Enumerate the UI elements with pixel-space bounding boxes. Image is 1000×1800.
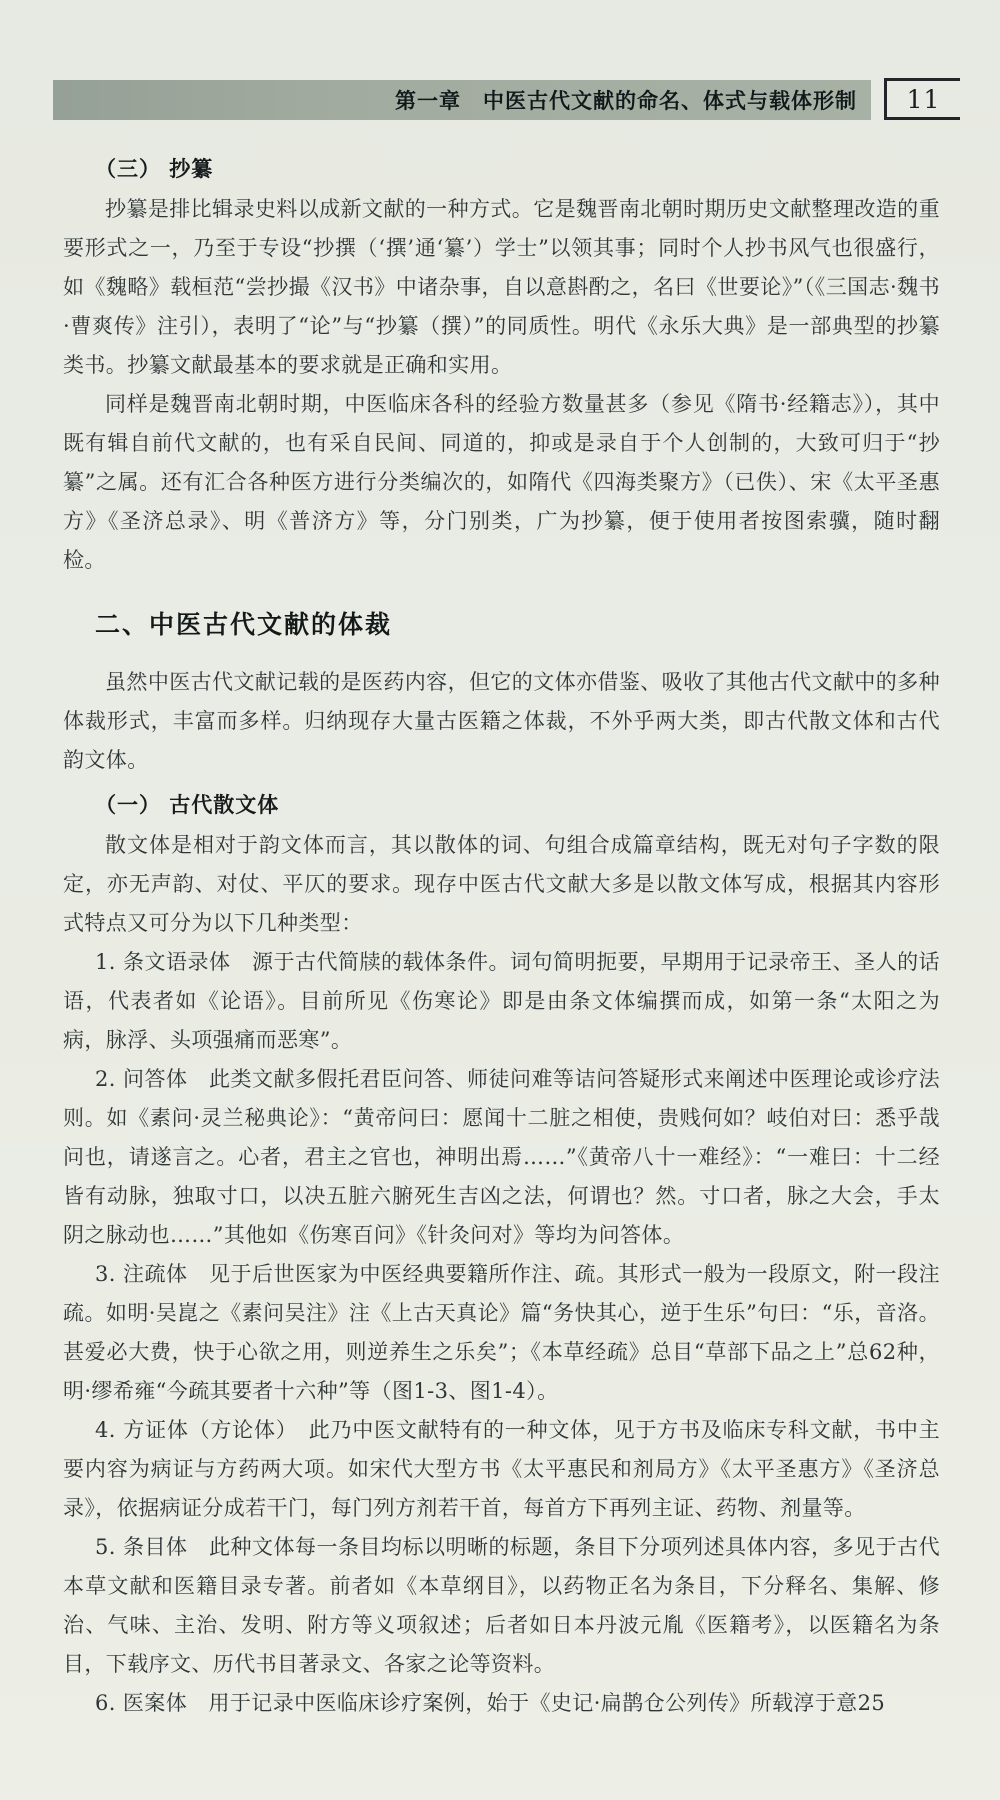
page: 第一章 中医古代文献的命名、体式与载体形制 11 （三） 抄纂 抄纂是排比辑录史… <box>0 0 1000 1800</box>
chapter-header-bar: 第一章 中医古代文献的命名、体式与载体形制 <box>53 80 871 120</box>
section-heading-ticai: 二、中医古代文献的体裁 <box>95 608 940 641</box>
page-number: 11 <box>907 85 941 114</box>
paragraph: 同样是魏晋南北朝时期，中医临床各科的经验方数量甚多（参见《隋书·经籍志》），其中… <box>63 385 940 580</box>
numbered-item-5: 5. 条目体 此种文体每一条目均标以明晰的标题，条目下分项列述具体内容，多见于古… <box>63 1528 940 1684</box>
page-number-box: 11 <box>884 78 960 120</box>
numbered-item-1: 1. 条文语录体 源于古代简牍的载体条件。词句简明扼要，早期用于记录帝王、圣人的… <box>63 943 940 1060</box>
chapter-title: 第一章 中医古代文献的命名、体式与载体形制 <box>395 85 857 115</box>
sub-heading-chaozuan: （三） 抄纂 <box>95 154 940 184</box>
numbered-item-4: 4. 方证体（方论体） 此乃中医文献特有的一种文体，见于方书及临床专科文献，书中… <box>63 1411 940 1528</box>
numbered-item-2: 2. 问答体 此类文献多假托君臣问答、师徒问难等诘问答疑形式来阐述中医理论或诊疗… <box>63 1060 940 1255</box>
numbered-item-6: 6. 医案体 用于记录中医临床诊疗案例，始于《史记·扁鹊仓公列传》所载淳于意25 <box>63 1684 940 1723</box>
paragraph: 抄纂是排比辑录史料以成新文献的一种方式。它是魏晋南北朝时期历史文献整理改造的重要… <box>63 190 940 385</box>
paragraph: 虽然中医古代文献记载的是医药内容，但它的文体亦借鉴、吸收了其他古代文献中的多种体… <box>63 663 940 780</box>
sub-heading-sanwenti: （一） 古代散文体 <box>95 790 940 820</box>
scanned-book-page: { "header": { "chapter_title": "第一章 中医古代… <box>0 0 1000 1800</box>
page-content: （三） 抄纂 抄纂是排比辑录史料以成新文献的一种方式。它是魏晋南北朝时期历史文献… <box>63 154 940 1723</box>
paragraph: 散文体是相对于韵文体而言，其以散体的词、句组合成篇章结构，既无对句子字数的限定，… <box>63 826 940 943</box>
numbered-item-3: 3. 注疏体 见于后世医家为中医经典要籍所作注、疏。其形式一般为一段原文，附一段… <box>63 1255 940 1411</box>
page-header: 第一章 中医古代文献的命名、体式与载体形制 11 <box>53 78 960 124</box>
